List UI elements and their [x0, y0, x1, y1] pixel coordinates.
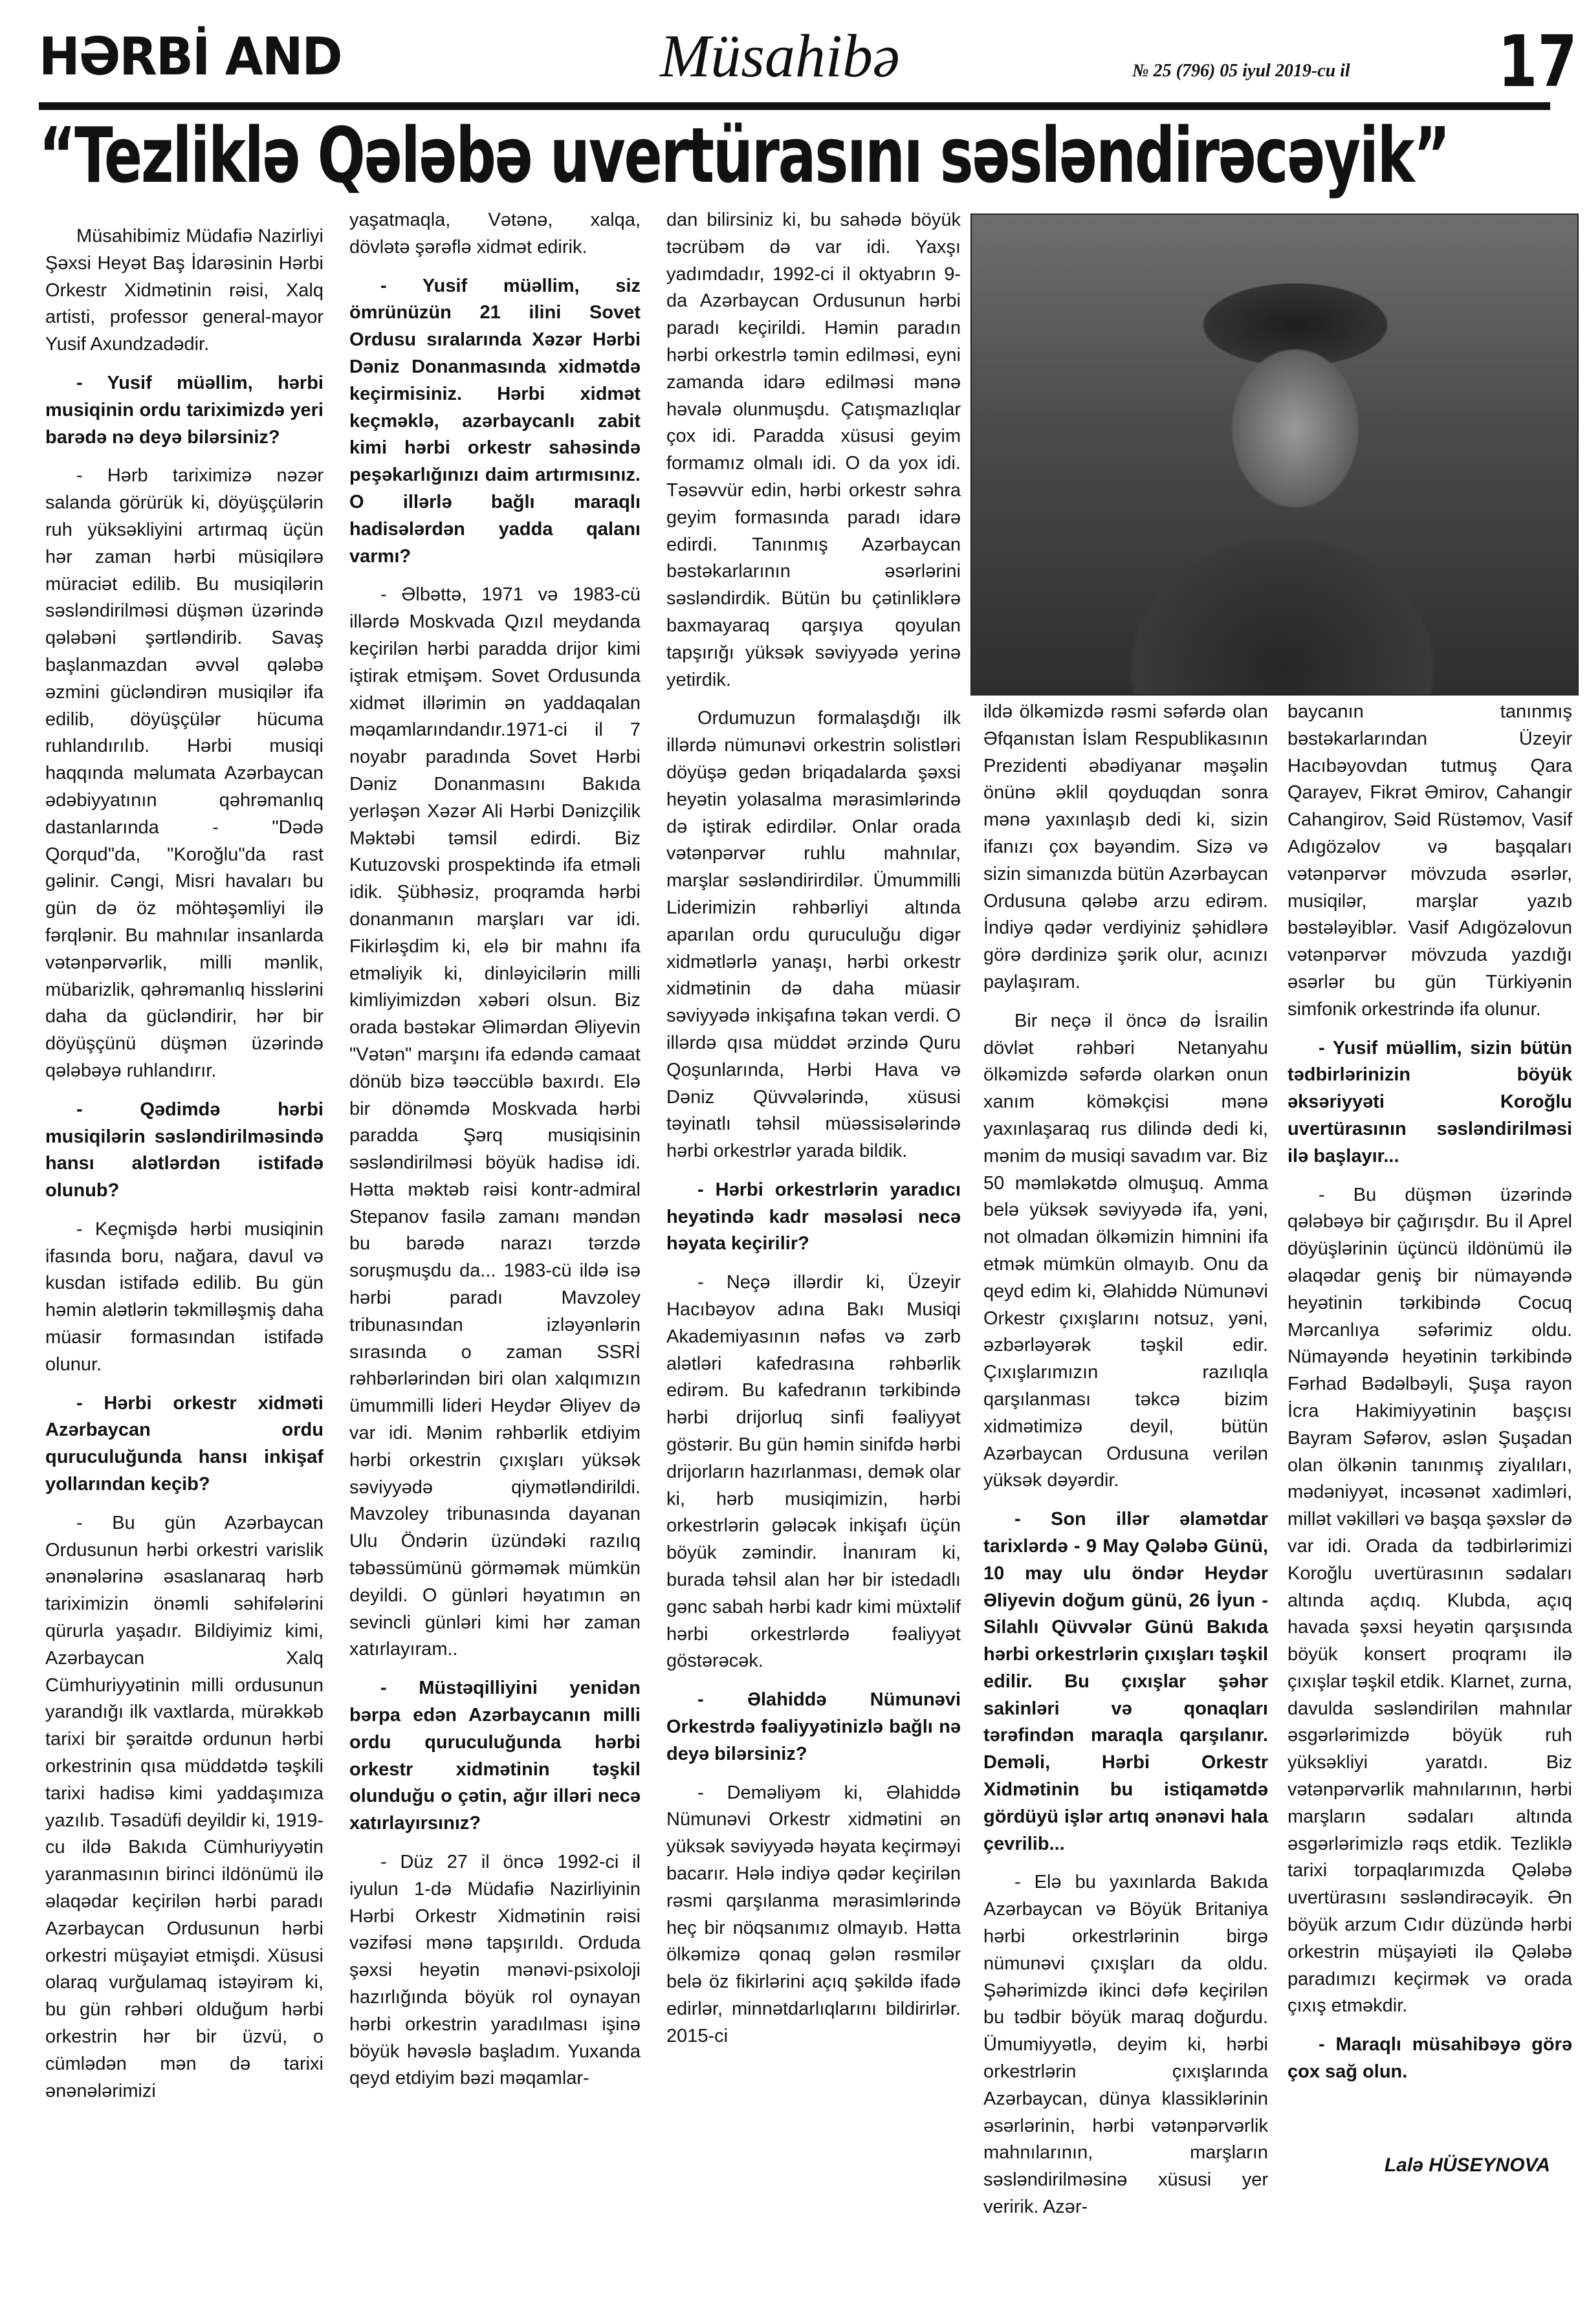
author-byline: Lalə HÜSEYNOVA [1385, 2154, 1550, 2176]
article-column-4: ildə ölkəmizdə rəsmi səfərdə olan Əfqanı… [983, 699, 1268, 2233]
interview-paragraph: yaşatmaqla, Vətənə, xalqa, dövlətə şərəf… [349, 207, 641, 261]
interview-question: - Qədimdə hərbi musiqilərin səsləndirilm… [45, 1097, 323, 1205]
page-number: 17 [1498, 26, 1577, 97]
interview-paragraph: Ordumuzun formalaşdığı ilk illərdə nümun… [666, 705, 961, 1165]
article-column-5: baycanın tanınmış bəstəkarlarından Üzeyi… [1288, 699, 1572, 2098]
interview-question: - Son illər əlamətdar tarixlərdə - 9 May… [983, 1506, 1268, 1858]
article-column-2: yaşatmaqla, Vətənə, xalqa, dövlətə şərəf… [349, 207, 641, 2104]
interview-paragraph: - Əlbəttə, 1971 və 1983-cü illərdə Moskv… [349, 582, 641, 1663]
interview-paragraph: baycanın tanınmış bəstəkarlarından Üzeyi… [1288, 699, 1572, 1024]
interview-paragraph: - Hərb tariximizə nəzər salanda görürük … [45, 463, 323, 1084]
interview-paragraph: ildə ölkəmizdə rəsmi səfərdə olan Əfqanı… [983, 699, 1268, 996]
article-column-3: dan bilirsiniz ki, bu sahədə böyük təcrü… [666, 207, 961, 2062]
interview-question: - Maraqlı müsahibəyə görə çox sağ olun. [1288, 2032, 1572, 2086]
interview-paragraph: - Keçmişdə hərbi musiqinin ifasında boru… [45, 1216, 323, 1379]
interview-paragraph: dan bilirsiniz ki, bu sahədə böyük təcrü… [666, 207, 961, 694]
interview-paragraph: - Düz 27 il öncə 1992-ci il iyulun 1-də … [349, 1849, 641, 2092]
masthead: HƏRBİ AND Müsahibə № 25 (796) 05 iyul 20… [39, 26, 1553, 97]
article-photo [970, 214, 1579, 696]
interview-paragraph: - Deməliyəm ki, Əlahiddə Nümunəvi Orkest… [666, 1780, 961, 2050]
interview-paragraph: Müsahibimiz Müdafiə Nazirliyi Şəxsi Heyə… [45, 223, 323, 358]
newspaper-name: HƏRBİ AND [39, 31, 342, 83]
interview-paragraph: Bir neçə il öncə də İsrailin dövlət rəhb… [983, 1008, 1268, 1495]
interview-question: - Yusif müəllim, hərbi musiqinin ordu ta… [45, 370, 323, 451]
interview-paragraph: - Bu düşmən üzərində qələbəyə bir çağırı… [1288, 1182, 1572, 2021]
interview-paragraph: - Bu gün Azərbaycan Ordusunun hərbi orke… [45, 1510, 323, 2105]
interview-question: - Hərbi orkestrlərin yaradıcı heyətində … [666, 1177, 961, 1258]
interview-paragraph: - Neçə illərdir ki, Üzeyir Hacıbəyov adı… [666, 1269, 961, 1675]
masthead-rule [39, 102, 1550, 110]
interview-question: - Yusif müəllim, sizin bütün tədbirlərin… [1288, 1035, 1572, 1170]
issue-info: № 25 (796) 05 iyul 2019-cu il [1132, 61, 1350, 82]
interview-question: - Hərbi orkestr xidməti Azərbaycan ordu … [45, 1390, 323, 1498]
interview-question: - Yusif müəllim, siz ömrünüzün 21 ilini … [349, 273, 641, 571]
interview-question: - Əlahiddə Nümunəvi Orkestrdə fəaliyyəti… [666, 1687, 961, 1768]
section-title: Müsahibə [660, 26, 900, 87]
interview-paragraph: - Elə bu yaxınlarda Bakıda Azərbaycan və… [983, 1869, 1268, 2220]
interview-question: - Müstəqilliyini yenidən bərpa edən Azər… [349, 1675, 641, 1837]
article-column-1: Müsahibimiz Müdafiə Nazirliyi Şəxsi Heyə… [45, 223, 323, 2116]
article-headline: “Tezliklə Qələbə uvertürasını səsləndirə… [39, 110, 1159, 201]
